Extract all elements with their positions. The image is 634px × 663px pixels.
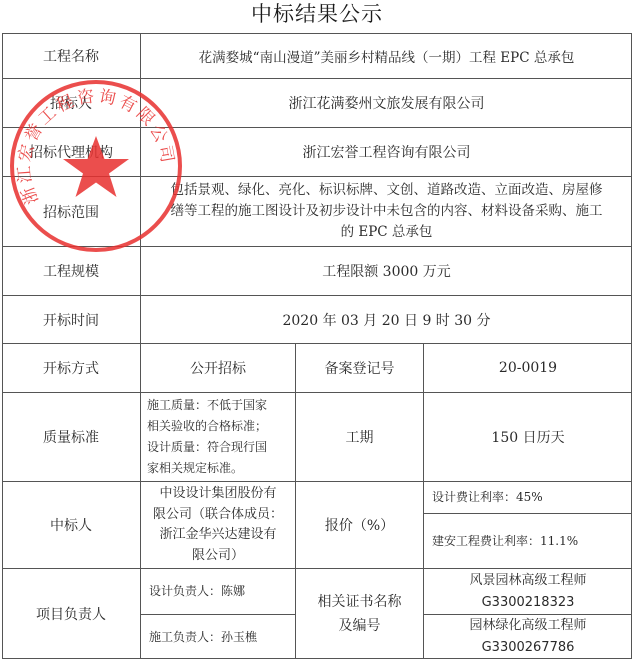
value-certificate-1: 风景园林高级工程师 G3300218323 xyxy=(424,569,632,614)
label-price: 报价（%） xyxy=(296,482,423,568)
value-tenderer: 浙江花满婺州文旅发展有限公司 xyxy=(141,79,632,127)
label-certificate: 相关证书名称 及编号 xyxy=(296,569,423,659)
winner-line: 浙江金华兴达建设有 xyxy=(153,525,283,546)
value-open-time: 2020 年 03 月 20 日 9 时 30 分 xyxy=(141,296,632,343)
value-agency: 浙江宏誉工程咨询有限公司 xyxy=(141,128,632,176)
quality-line: 家相关规定标准。 xyxy=(147,458,267,479)
certificate-name: 园林绿化高级工程师 xyxy=(469,615,586,637)
label-open-method: 开标方式 xyxy=(2,344,140,392)
value-registration-no: 20-0019 xyxy=(424,344,632,392)
certificate-number: G3300218323 xyxy=(469,592,586,614)
label-agency: 招标代理机构 xyxy=(2,128,140,176)
quality-line: 施工质量：不低于国家 xyxy=(147,395,267,416)
page-title: 中标结果公示 xyxy=(0,0,634,30)
value-scale: 工程限额 3000 万元 xyxy=(141,247,632,295)
label-period: 工期 xyxy=(296,393,423,481)
winner-line: 限公司） xyxy=(153,546,283,567)
label-open-time: 开标时间 xyxy=(2,296,140,343)
value-construction-rate: 建安工程费让利率：11.1% xyxy=(424,514,632,568)
certificate-label-line: 及编号 xyxy=(318,614,402,638)
certificate-label-line: 相关证书名称 xyxy=(318,590,402,614)
label-winner: 中标人 xyxy=(2,482,140,568)
value-scope: 包括景观、绿化、亮化、标识标牌、文创、道路改造、立面改造、房屋修 缮等工程的施工… xyxy=(141,177,632,246)
certificate-number: G3300267786 xyxy=(469,637,586,659)
winner-line: 中设设计集团股份有 xyxy=(153,484,283,505)
value-construction-lead: 施工负责人：孙玉樵 xyxy=(141,615,295,659)
value-open-method: 公开招标 xyxy=(141,344,295,392)
label-scale: 工程规模 xyxy=(2,247,140,295)
winner-line: 限公司（联合体成员： xyxy=(153,505,283,526)
label-quality: 质量标准 xyxy=(2,393,140,481)
scope-line: 的 EPC 总承包 xyxy=(171,222,603,243)
value-project-name: 花满婺城“南山漫道”美丽乡村精品线（一期）工程 EPC 总承包 xyxy=(141,33,632,78)
label-registration-no: 备案登记号 xyxy=(296,344,423,392)
value-design-lead: 设计负责人：陈娜 xyxy=(141,569,295,614)
scope-line: 包括景观、绿化、亮化、标识标牌、文创、道路改造、立面改造、房屋修 xyxy=(171,180,603,201)
value-quality: 施工质量：不低于国家 相关验收的合格标准； 设计质量：符合现行国 家相关规定标准… xyxy=(141,393,295,481)
value-certificate-2: 园林绿化高级工程师 G3300267786 xyxy=(424,615,632,659)
label-scope: 招标范围 xyxy=(2,177,140,246)
label-tenderer: 招标人 xyxy=(2,79,140,127)
quality-line: 相关验收的合格标准； xyxy=(147,416,267,437)
value-design-rate: 设计费让利率：45% xyxy=(424,482,632,513)
label-project-manager: 项目负责人 xyxy=(2,569,140,659)
value-winner: 中设设计集团股份有 限公司（联合体成员： 浙江金华兴达建设有 限公司） xyxy=(141,482,295,568)
certificate-name: 风景园林高级工程师 xyxy=(469,570,586,592)
quality-line: 设计质量：符合现行国 xyxy=(147,437,267,458)
value-period: 150 日历天 xyxy=(424,393,632,481)
scope-line: 缮等工程的施工图设计及初步设计中未包含的内容、材料设备采购、施工 xyxy=(171,201,603,222)
label-project-name: 工程名称 xyxy=(2,33,140,78)
